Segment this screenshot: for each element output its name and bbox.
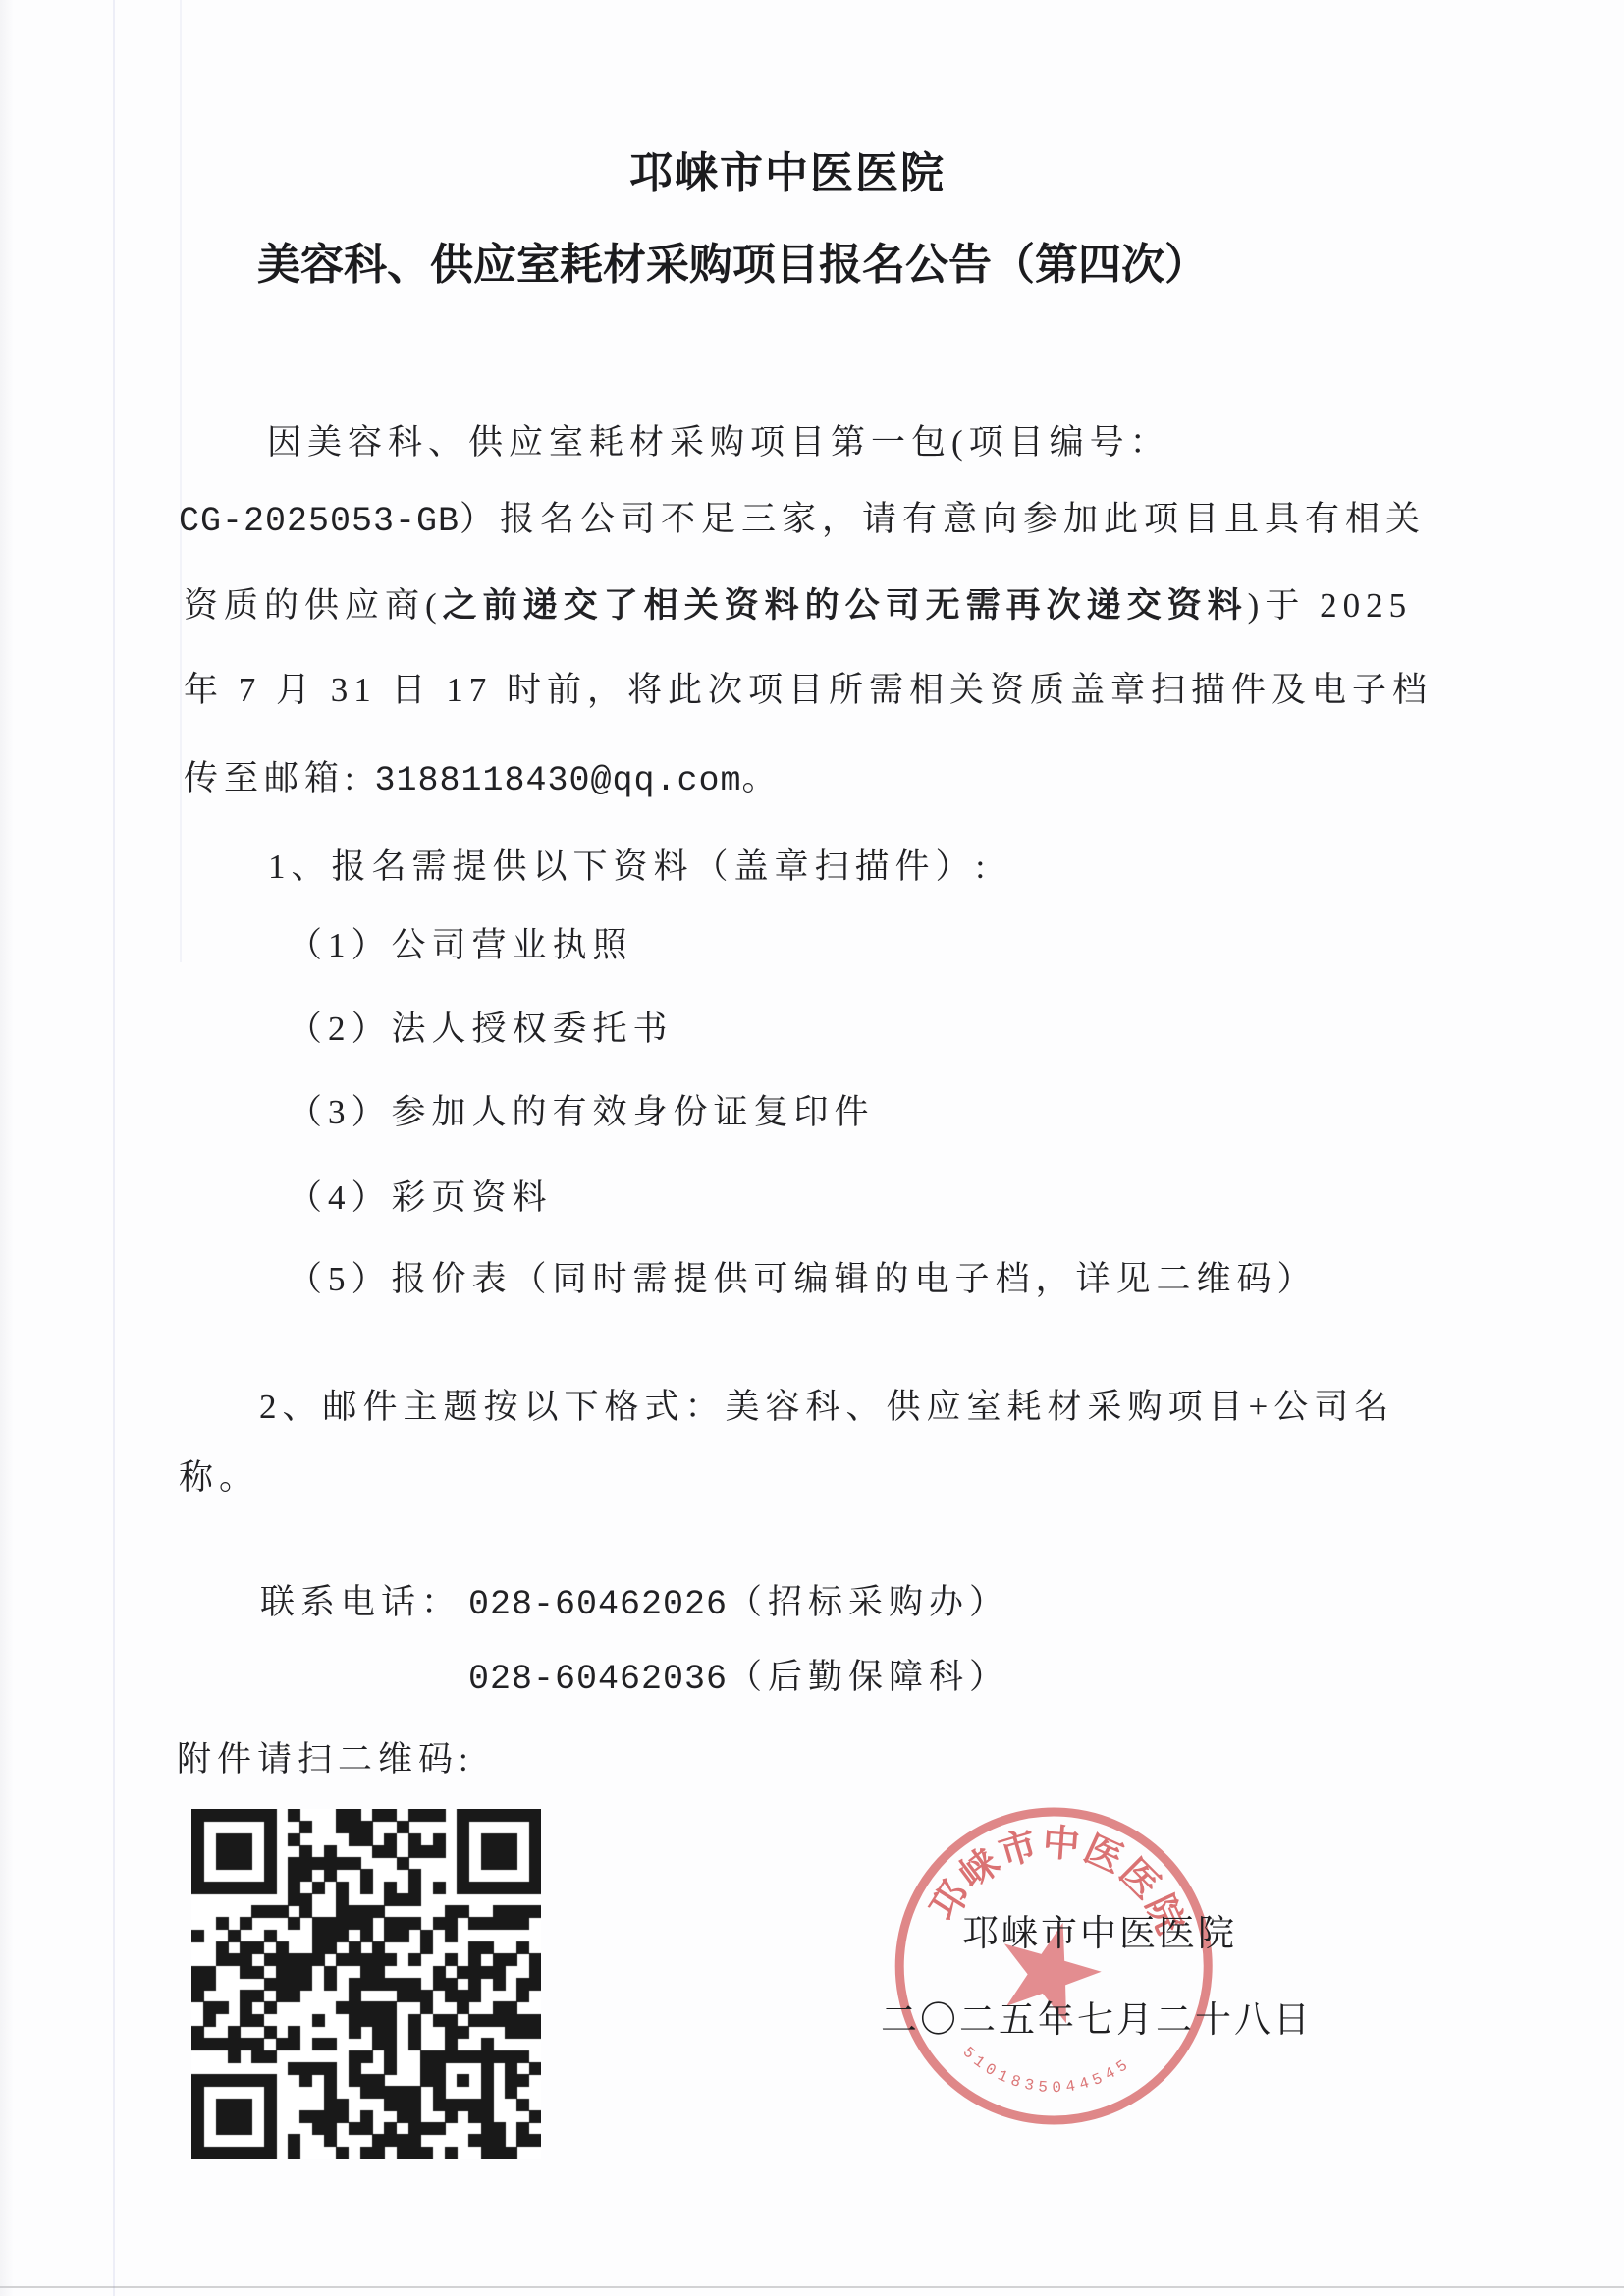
list-item: （5）报价表（同时需提供可编辑的电子档，详见二维码） bbox=[288, 1252, 1318, 1301]
svg-text:5101835044545: 5101835044545 bbox=[956, 2043, 1136, 2103]
phone-number-1: 028-60462026 bbox=[468, 1585, 728, 1624]
contact-label: 联系电话： bbox=[260, 1575, 468, 1624]
list-item: （4）彩页资料 bbox=[288, 1171, 553, 1220]
announcement-title: 美容科、供应室耗材采购项目报名公告（第四次） bbox=[257, 229, 1208, 292]
org-title: 邛崃市中医医院 bbox=[629, 137, 946, 200]
paragraph1-line2: CG-2025053-GB）报名公司不足三家，请有意向参加此项目且具有相关 bbox=[179, 492, 1426, 541]
section2-line1: 2、邮件主题按以下格式：美容科、供应室耗材采购项目+公司名 bbox=[259, 1380, 1394, 1429]
paragraph1-line3-bold: 之前递交了相关资料的公司无需再次递交资料 bbox=[443, 586, 1248, 625]
email-period: 。 bbox=[742, 759, 783, 797]
email-address: 3188118430@qq.com bbox=[374, 761, 741, 800]
section2-line2: 称。 bbox=[179, 1450, 259, 1500]
paragraph1-line1: 因美容科、供应室耗材采购项目第一包(项目编号： bbox=[267, 415, 1170, 465]
paragraph1-line3-pre: 资质的供应商( bbox=[184, 586, 443, 625]
list-item: （1）公司营业执照 bbox=[288, 918, 633, 967]
phone-number-2: 028-60462036 bbox=[468, 1660, 728, 1699]
project-code: CG-2025053-GB bbox=[179, 502, 460, 541]
scan-artifact-line bbox=[113, 0, 115, 2296]
scan-artifact-bottom-edge bbox=[0, 2286, 1624, 2288]
seal-code-text: 5101835044545 bbox=[956, 2043, 1136, 2103]
signature-date: 二〇二五年七月二十八日 bbox=[881, 1990, 1313, 2043]
list-item: （2）法人授权委托书 bbox=[288, 1002, 674, 1051]
email-label: 传至邮箱: bbox=[184, 759, 374, 797]
qr-code bbox=[191, 1809, 541, 2159]
official-seal: 邛崃市中医医院 5101835044545 bbox=[890, 1805, 1218, 2133]
list-item: （3）参加人的有效身份证复印件 bbox=[288, 1085, 875, 1134]
contact-phone1-line: 联系电话：028-60462026（招标采购办） bbox=[260, 1575, 1009, 1624]
paragraph1-line5: 传至邮箱: 3188118430@qq.com。 bbox=[184, 751, 783, 800]
scanned-announcement-page: { "document": { "org_title": "邛崃市中医医院", … bbox=[0, 0, 1624, 2296]
phone-dept-2: （后勤保障科） bbox=[728, 1658, 1009, 1696]
scan-artifact-line bbox=[180, 0, 182, 962]
paragraph1-line3: 资质的供应商(之前递交了相关资料的公司无需再次递交资料)于 2025 bbox=[184, 578, 1412, 628]
paragraph1-line4: 年 7 月 31 日 17 时前，将此次项目所需相关资质盖章扫描件及电子档 bbox=[184, 663, 1433, 712]
contact-phone2-line: 028-60462036（后勤保障科） bbox=[468, 1650, 1009, 1699]
attachment-note: 附件请扫二维码: bbox=[177, 1732, 474, 1781]
signature-org: 邛崃市中医医院 bbox=[962, 1903, 1237, 1956]
phone-dept-1: （招标采购办） bbox=[728, 1583, 1009, 1621]
paragraph1-line3-post: )于 2025 bbox=[1248, 586, 1412, 625]
section1-heading: 1、报名需提供以下资料（盖章扫描件）: bbox=[268, 840, 991, 889]
paragraph1-line2-rest: ）报名公司不足三家，请有意向参加此项目且具有相关 bbox=[460, 500, 1426, 538]
